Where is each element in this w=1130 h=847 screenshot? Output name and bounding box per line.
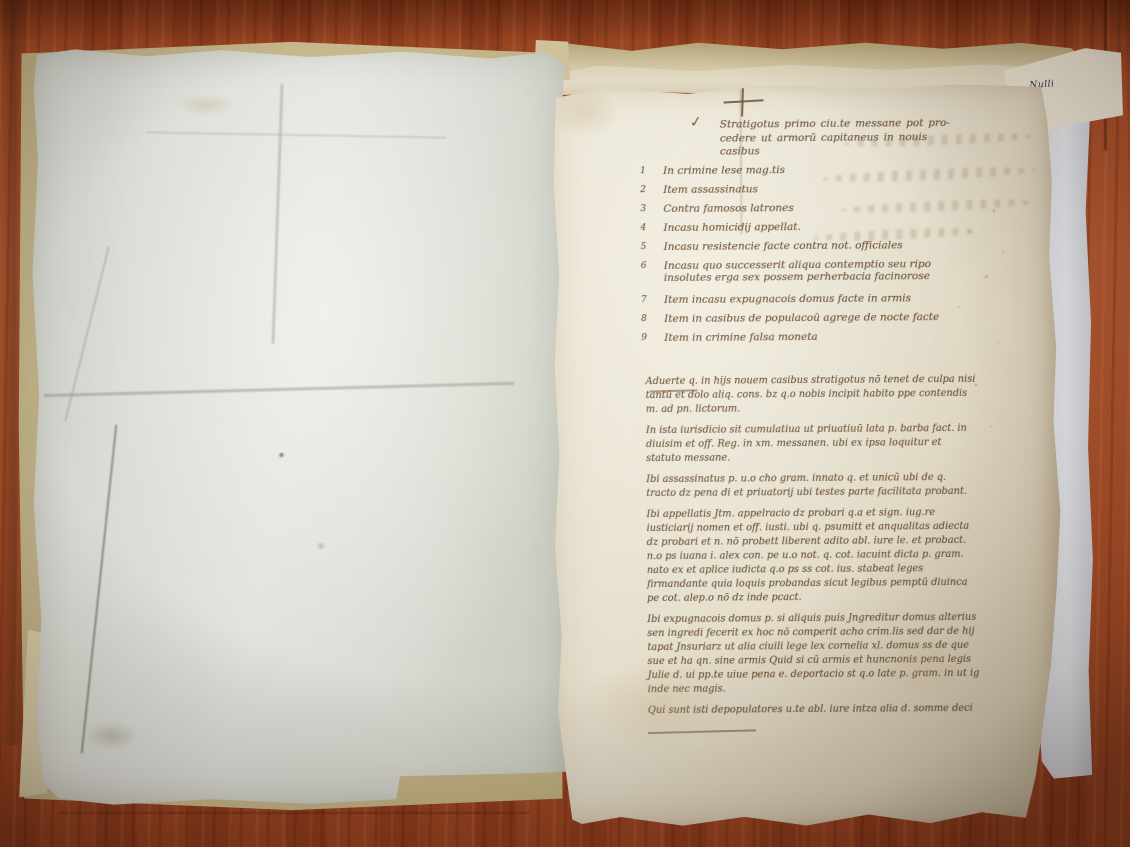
- page-crease: [44, 382, 514, 397]
- stain: [278, 452, 285, 458]
- heading-line: Stratigotus primo ciu.te messane pot pro…: [720, 117, 982, 132]
- item-number: 4: [640, 222, 654, 234]
- item-number: 6: [641, 260, 655, 284]
- item-number: 7: [641, 294, 655, 306]
- stain: [176, 94, 236, 116]
- stain: [587, 659, 728, 750]
- stain: [316, 542, 326, 550]
- item-text: Incasu resistencie facte contra not. off…: [664, 239, 903, 253]
- cross-mark-icon: [741, 86, 744, 116]
- item-text: In crimine lese mag.tis: [663, 164, 785, 177]
- item-number: 2: [640, 184, 654, 196]
- item-text: Item in casibus de populacoū agrege de n…: [664, 311, 939, 325]
- page-crease: [146, 131, 446, 138]
- stain: [877, 637, 967, 698]
- item-number: 1: [640, 165, 654, 177]
- page-crease: [271, 84, 283, 344]
- item-text: Item assassinatus: [663, 183, 758, 196]
- page-tear-line: [81, 425, 117, 753]
- photo-of-open-manuscript: Nulli ✓ Stratigotus primo ciu.te messane…: [0, 0, 1130, 847]
- manuscript-page: ✓ Stratigotus primo ciu.te messane pot p…: [543, 76, 1064, 832]
- item-number: 5: [641, 241, 655, 253]
- wood-plank-seam: [60, 812, 530, 814]
- heading-line: casibus: [720, 144, 982, 159]
- item-text: Incasu homicidij appellat.: [663, 221, 800, 234]
- item-number: 3: [640, 203, 654, 215]
- item-text: Item in crimine falsa moneta: [664, 331, 818, 344]
- item-text: Item incasu expugnacois domus facte in a…: [664, 292, 911, 306]
- stain: [84, 722, 139, 750]
- item-text: Incasu quo successerit aliqua contemptio…: [664, 258, 956, 284]
- item-number: 8: [641, 313, 655, 325]
- check-mark: ✓: [689, 112, 704, 131]
- foxing-spots: [924, 186, 1038, 487]
- item-text: Contra famosos latrones: [663, 202, 793, 215]
- left-blank-page: [26, 44, 572, 810]
- paragraph: Ibi appellatis Jtm. appelracio dz probar…: [646, 506, 979, 606]
- item-number: 9: [641, 332, 655, 344]
